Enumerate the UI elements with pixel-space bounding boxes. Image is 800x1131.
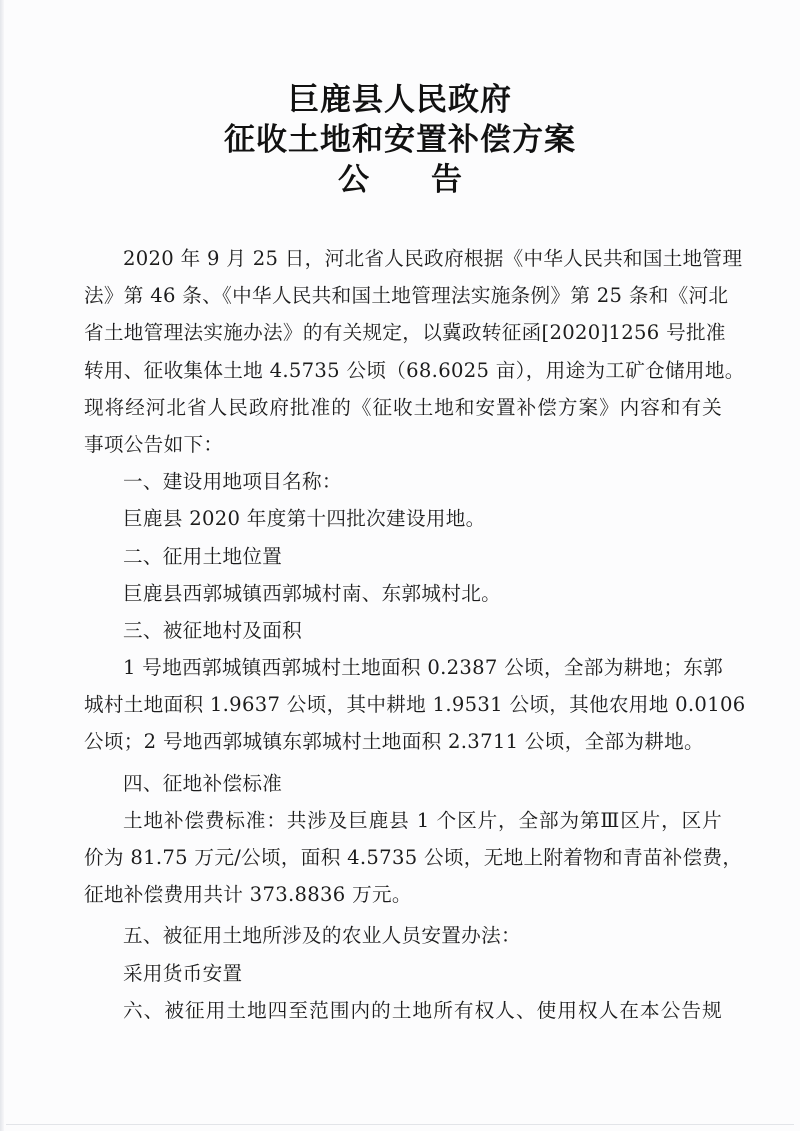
title-issuer: 巨鹿县人民政府 xyxy=(0,80,800,120)
title-subject: 征收土地和安置补偿方案 xyxy=(0,120,800,160)
section-content: 巨鹿县西郭城镇西郭城村南、东郭城村北。 xyxy=(84,575,722,612)
document-body: 2020 年 9 月 25 日，河北省人民政府根据《中华人民共和国土地管理 法》… xyxy=(84,240,722,1029)
intro-line: 省土地管理法实施办法》的有关规定，以冀政转征函[2020]1256 号批准 xyxy=(84,314,722,351)
section-content: 城村土地面积 1.9637 公顷，其中耕地 1.9531 公顷，其他农用地 0.… xyxy=(84,686,722,723)
section-heading: 三、被征地村及面积 xyxy=(84,612,722,649)
section-content: 巨鹿县 2020 年度第十四批次建设用地。 xyxy=(84,500,722,537)
intro-line: 转用、征收集体土地 4.5735 公顷（68.6025 亩），用途为工矿仓储用地… xyxy=(84,352,722,389)
scan-edge-bottom xyxy=(6,1124,794,1125)
document-page: 巨鹿县人民政府 征收土地和安置补偿方案 公告 2020 年 9 月 25 日，河… xyxy=(0,0,800,1131)
section-content: 采用货币安置 xyxy=(84,955,722,992)
document-title: 巨鹿县人民政府 征收土地和安置补偿方案 公告 xyxy=(0,80,800,200)
title-notice: 公告 xyxy=(0,160,800,200)
section-heading: 六、被征用土地四至范围内的土地所有权人、使用权人在本公告规 xyxy=(84,992,722,1029)
section-content: 征地补偿费用共计 373.8836 万元。 xyxy=(84,876,722,913)
intro-line: 现将经河北省人民政府批准的《征收土地和安置补偿方案》内容和有关 xyxy=(84,389,722,426)
section-content: 土地补偿费标准：共涉及巨鹿县 1 个区片，全部为第Ⅲ区片，区片 xyxy=(84,802,722,839)
intro-line: 法》第 46 条、《中华人民共和国土地管理法实施条例》第 25 条和《河北 xyxy=(84,277,722,314)
section-heading: 五、被征用土地所涉及的农业人员安置办法： xyxy=(84,917,722,954)
section-heading: 一、建设用地项目名称： xyxy=(84,463,722,500)
section-heading: 二、征用土地位置 xyxy=(84,538,722,575)
section-content: 1 号地西郭城镇西郭城村土地面积 0.2387 公顷，全部为耕地；东郭 xyxy=(84,649,722,686)
section-content: 价为 81.75 万元/公顷，面积 4.5735 公顷，无地上附着物和青苗补偿费… xyxy=(84,839,722,876)
intro-line: 事项公告如下： xyxy=(84,426,722,463)
section-heading: 四、征地补偿标准 xyxy=(84,765,722,802)
section-content: 公顷；2 号地西郭城镇东郭城村土地面积 2.3711 公顷，全部为耕地。 xyxy=(84,723,722,760)
title-notice-char-1: 公 xyxy=(338,160,369,200)
intro-line: 2020 年 9 月 25 日，河北省人民政府根据《中华人民共和国土地管理 xyxy=(84,240,722,277)
title-notice-char-2: 告 xyxy=(431,160,462,200)
